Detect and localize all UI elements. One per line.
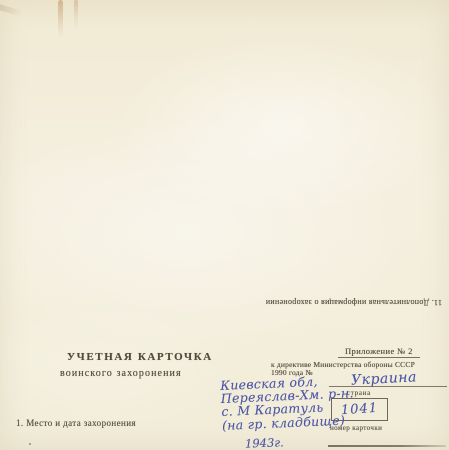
card-subtitle: воинского захоронения <box>60 368 182 379</box>
annex-reference: Приложение № 2 <box>338 346 420 358</box>
section-1-label: 1. Место и дата захоронения <box>16 418 136 428</box>
paper-stain-streak <box>58 0 63 38</box>
paper-speck <box>29 443 31 445</box>
paper-stain-corner <box>0 3 23 16</box>
flipped-section-11-heading: 11. Дополнительная информация о захороне… <box>230 298 442 307</box>
card-title: УЧЕТНАЯ КАРТОЧКА <box>67 351 213 363</box>
scanned-burial-card: 11. Дополнительная информация о захороне… <box>0 0 449 450</box>
paper-stain-streak <box>74 0 78 30</box>
next-field-box-edge <box>328 445 446 447</box>
burial-year-handwritten: 1943г. <box>245 435 284 450</box>
location-handwritten-block: Киевская обл, Переяслав-Хм. р-н. с. М Ка… <box>220 373 355 432</box>
